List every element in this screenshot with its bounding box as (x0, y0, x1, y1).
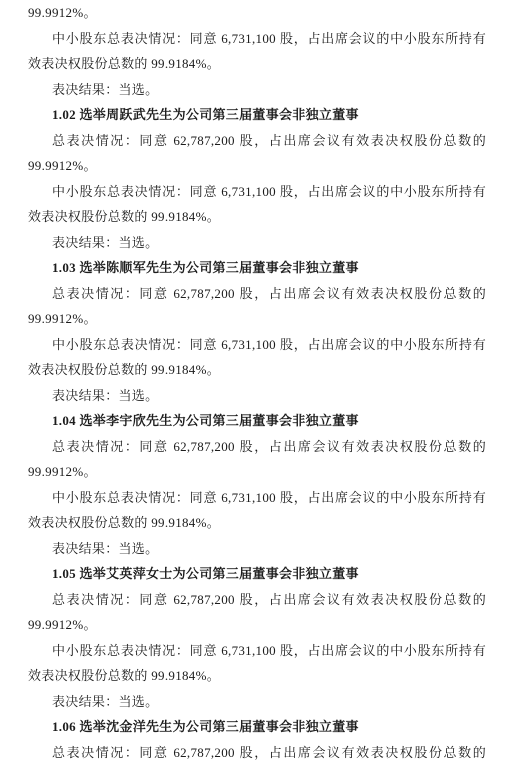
total-vote-percent-tail: 99.9912%。 (28, 0, 486, 26)
total-vote-paragraph: 总表决情况：同意 62,787,200 股，占出席会议有效表决权股份总数的 99… (28, 128, 486, 179)
minority-vote-paragraph: 中小股东总表决情况：同意 6,731,100 股，占出席会议的中小股东所持有效表… (28, 332, 486, 383)
total-vote-paragraph: 总表决情况：同意 62,787,200 股，占出席会议有效表决权股份总数的 99… (28, 434, 486, 485)
total-vote-paragraph: 总表决情况：同意 62,787,200 股，占出席会议有效表决权股份总数的 99… (28, 281, 486, 332)
minority-vote-paragraph: 中小股东总表决情况：同意 6,731,100 股，占出席会议的中小股东所持有效表… (28, 26, 486, 77)
document-page: 99.9912%。 中小股东总表决情况：同意 6,731,100 股，占出席会议… (0, 0, 508, 775)
director-item: 1.02 选举周跃武先生为公司第三届董事会非独立董事 总表决情况：同意 62,7… (28, 102, 486, 255)
director-item: 1.03 选举陈顺军先生为公司第三届董事会非独立董事 总表决情况：同意 62,7… (28, 255, 486, 408)
vote-result-paragraph: 表决结果：当选。 (28, 536, 486, 562)
minority-vote-paragraph: 中小股东总表决情况：同意 6,731,100 股，占出席会议的中小股东所持有效表… (28, 638, 486, 689)
item-heading: 1.06 选举沈金洋先生为公司第三届董事会非独立董事 (28, 714, 486, 740)
item-heading: 1.02 选举周跃武先生为公司第三届董事会非独立董事 (28, 102, 486, 128)
minority-vote-paragraph: 中小股东总表决情况：同意 6,731,100 股，占出席会议的中小股东所持有效表… (28, 179, 486, 230)
total-vote-paragraph: 总表决情况：同意 62,787,200 股，占出席会议有效表决权股份总数的 99… (28, 587, 486, 638)
director-item: 1.04 选举李宇欣先生为公司第三届董事会非独立董事 总表决情况：同意 62,7… (28, 408, 486, 561)
carryover-block: 99.9912%。 中小股东总表决情况：同意 6,731,100 股，占出席会议… (28, 0, 486, 102)
director-item-trailing: 1.06 选举沈金洋先生为公司第三届董事会非独立董事 总表决情况：同意 62,7… (28, 714, 486, 765)
item-heading: 1.05 选举艾英萍女士为公司第三届董事会非独立董事 (28, 561, 486, 587)
vote-result-paragraph: 表决结果：当选。 (28, 689, 486, 715)
director-item: 1.05 选举艾英萍女士为公司第三届董事会非独立董事 总表决情况：同意 62,7… (28, 561, 486, 714)
vote-result-paragraph: 表决结果：当选。 (28, 383, 486, 409)
total-vote-paragraph-partial: 总表决情况：同意 62,787,200 股，占出席会议有效表决权股份总数的 (28, 740, 486, 766)
item-heading: 1.04 选举李宇欣先生为公司第三届董事会非独立董事 (28, 408, 486, 434)
minority-vote-paragraph: 中小股东总表决情况：同意 6,731,100 股，占出席会议的中小股东所持有效表… (28, 485, 486, 536)
vote-result-paragraph: 表决结果：当选。 (28, 230, 486, 256)
vote-result-paragraph: 表决结果：当选。 (28, 77, 486, 103)
item-heading: 1.03 选举陈顺军先生为公司第三届董事会非独立董事 (28, 255, 486, 281)
